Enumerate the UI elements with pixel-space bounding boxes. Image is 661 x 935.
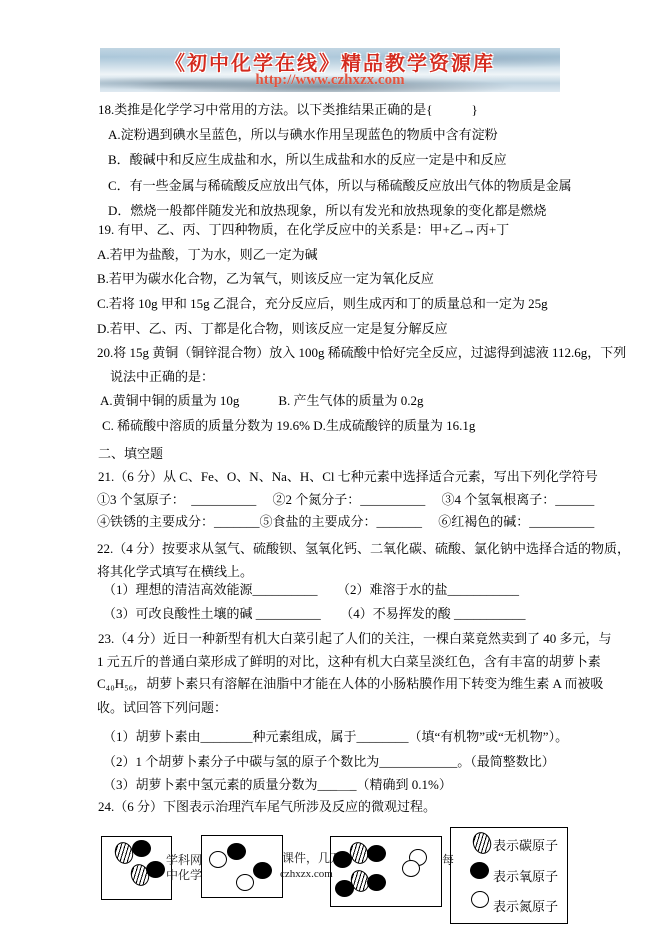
nitrogen-atom-icon bbox=[471, 891, 489, 908]
oxygen-atom-icon bbox=[367, 845, 386, 862]
legend-oxygen-label: 表示氧原子 bbox=[493, 866, 558, 885]
oxygen-atom-icon bbox=[146, 861, 165, 878]
question-23-line3: C₄₀H₅₆，胡萝卜素只有溶解在油脂中才能在人体的小肠粘膜作用下转变为维生素 A… bbox=[97, 676, 603, 691]
molecule-box-co bbox=[101, 836, 172, 900]
oxygen-atom-icon bbox=[367, 874, 386, 891]
legend-box: 表示碳原子 表示氧原子 表示氮原子 bbox=[450, 827, 568, 924]
watermark-text: 中化学 bbox=[166, 866, 202, 883]
watermark-url: czhxzx.com bbox=[280, 868, 333, 880]
carbon-atom-icon bbox=[470, 830, 494, 856]
legend-nitrogen-label: 表示氮原子 bbox=[493, 896, 558, 915]
question-18-stem: 18.类推是化学学习中常用的方法。以下类推结果正确的是{ } bbox=[98, 102, 478, 117]
question-23-line2: 1 元五斤的普通白菜形成了鲜明的对比，这种有机大白菜呈淡红色，含有丰富的胡萝卜素 bbox=[97, 654, 601, 669]
question-20-options-ab: A.黄铜中铜的质量为 10g B. 产生气体的质量为 0.2g bbox=[100, 393, 424, 408]
question-24-stem: 24.（6 分）下图表示治理汽车尾气所涉及反应的微观过程。 bbox=[98, 799, 436, 814]
nitrogen-atom-icon bbox=[236, 874, 254, 891]
question-18-option-a: A.淀粉遇到碘水呈蓝色，所以与碘水作用呈现蓝色的物质中含有淀粉 bbox=[108, 127, 498, 142]
banner-image: 《初中化学在线》精品教学资源库 http://www.czhxzx.com bbox=[100, 48, 560, 92]
molecule-box-co2-n2 bbox=[330, 836, 442, 907]
question-22-line2: 将其化学式填写在横线上。 bbox=[97, 564, 253, 579]
question-19-option-a: A.若甲为盐酸，丁为水，则乙一定为碱 bbox=[97, 247, 318, 262]
question-19-option-d: D.若甲、乙、丙、丁都是化合物，则该反应一定是复分解反应 bbox=[97, 321, 448, 336]
question-21-stem: 21.（6 分）从 C、Fe、O、N、Na、H、Cl 七种元素中选择适合元素，写… bbox=[98, 469, 598, 484]
question-20-line1: 20.将 15g 黄铜（铜锌混合物）放入 100g 稀硫酸中恰好完全反应，过滤得… bbox=[97, 345, 626, 360]
nitrogen-atom-icon bbox=[209, 851, 227, 868]
oxygen-atom-icon bbox=[253, 862, 272, 879]
question-19-option-b: B.若甲为碳水化合物，乙为氧气，则该反应一定为氧化反应 bbox=[97, 271, 434, 286]
molecule-box-no bbox=[201, 835, 283, 898]
banner-url: http://www.czhxzx.com bbox=[255, 73, 404, 88]
question-19-option-c: C.若将 10g 甲和 15g 乙混合，充分反应后，则生成丙和丁的质量总和一定为… bbox=[97, 296, 548, 311]
question-21-line2: ④铁锈的主要成分：_______⑤食盐的主要成分：_______ ⑥红褐色的碱：… bbox=[97, 514, 594, 529]
question-23-sub2: （2）1 个胡萝卜素分子中碳与氢的原子个数比为____________。（最简整… bbox=[103, 754, 555, 769]
exam-page: 《初中化学在线》精品教学资源库 http://www.czhxzx.com 18… bbox=[0, 0, 661, 935]
question-23-line4: 收。试回答下列问题： bbox=[97, 700, 227, 715]
question-23-sub1: （1）胡萝卜素由________种元素组成，属于________（填“有机物”或… bbox=[103, 729, 568, 744]
nitrogen-atom-icon bbox=[402, 860, 420, 877]
question-20-line2: 说法中正确的是： bbox=[110, 369, 214, 384]
question-20-options-cd: C. 稀硫酸中溶质的质量分数为 19.6% D.生成硫酸锌的质量为 16.1g bbox=[102, 418, 475, 433]
question-18-option-d: D．燃烧一般都伴随发光和放热现象，所以有发光和放热现象的变化都是燃烧 bbox=[108, 203, 546, 218]
oxygen-atom-icon bbox=[132, 840, 151, 857]
question-18-option-c: C．有一些金属与稀硫酸反应放出气体，所以与稀硫酸反应放出气体的物质是金属 bbox=[108, 178, 572, 193]
question-22-items-1-2: （1）理想的清洁高效能源__________ （2）难溶于水的盐________… bbox=[103, 582, 519, 597]
question-23-sub3: （3）胡萝卜素中氢元素的质量分数为___＿_（精确到 0.1%） bbox=[103, 777, 452, 792]
question-22-items-3-4: （3）可改良酸性土壤的碱 __________ （4）不易挥发的酸 ______… bbox=[103, 606, 526, 621]
oxygen-atom-icon bbox=[227, 843, 246, 860]
oxygen-atom-icon bbox=[470, 862, 489, 879]
legend-carbon-label: 表示碳原子 bbox=[493, 835, 558, 854]
question-21-line1: ①3 个氢原子： __________ ②2 个氮分子：__________ ③… bbox=[97, 492, 594, 507]
question-22-line1: 22.（4 分）按要求从氢气、硫酸钡、氢氧化钙、二氧化碳、硫酸、氯化钠中选择合适… bbox=[97, 541, 630, 556]
question-23-line1: 23.（4 分）近日一种新型有机大白菜引起了人们的关注，一棵白菜竟然卖到了 40… bbox=[98, 631, 612, 646]
section-2-title: 二、填空题 bbox=[98, 446, 163, 461]
question-19-stem: 19. 有甲、乙、丙、丁四种物质，在化学反应中的关系是：甲+乙→丙+丁 bbox=[98, 222, 509, 237]
question-18-option-b: B．酸碱中和反应生成盐和水，所以生成盐和水的反应一定是中和反应 bbox=[108, 152, 507, 167]
